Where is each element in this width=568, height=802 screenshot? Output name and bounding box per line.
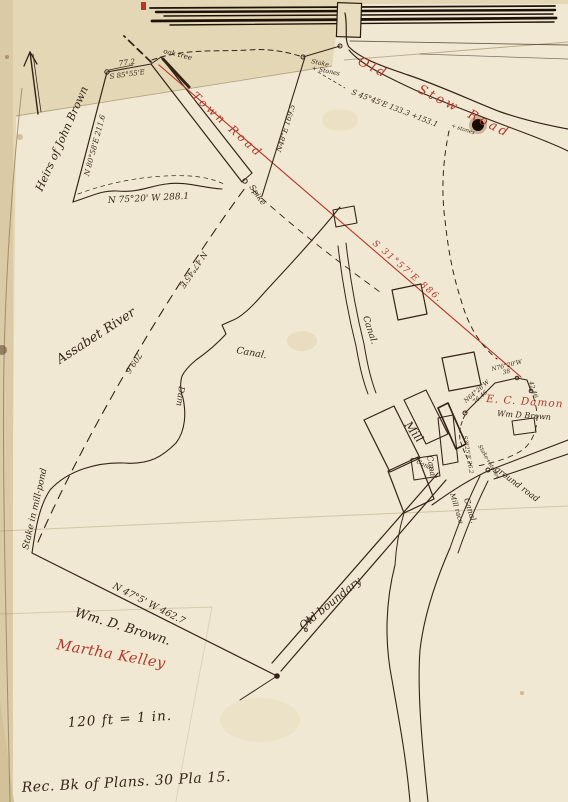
speck [520, 691, 524, 695]
speck [5, 55, 9, 59]
binding-tab [336, 3, 361, 38]
paper-stain [220, 698, 300, 742]
paper-left-edge [0, 0, 13, 802]
scanned-survey-plan: 77.2 S 85°55'E oak tree Heirs of John Br… [0, 0, 568, 802]
paper-stain [322, 109, 358, 131]
speck [17, 134, 23, 140]
plan-canvas: 77.2 S 85°55'E oak tree Heirs of John Br… [0, 0, 568, 802]
red-tick [141, 2, 146, 10]
paper-stain [287, 331, 317, 351]
